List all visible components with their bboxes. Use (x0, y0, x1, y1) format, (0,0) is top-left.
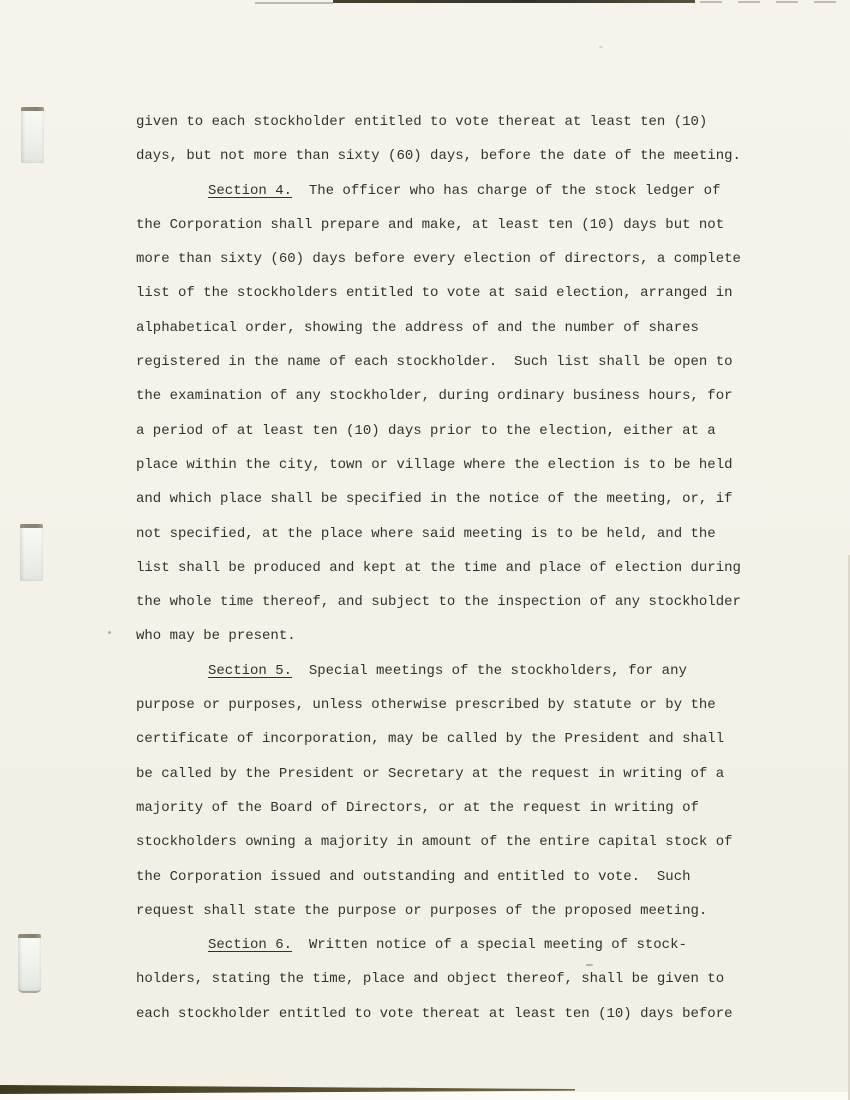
text-segment: purpose or purposes, unless otherwise pr… (136, 697, 716, 713)
text-segment: given to each stockholder entitled to vo… (136, 114, 707, 130)
binder-hole-punch-middle (20, 524, 43, 581)
binder-hole-punch-top (21, 107, 44, 163)
text-line: registered in the name of each stockhold… (136, 345, 756, 379)
text-line: and which place shall be specified in th… (136, 482, 756, 516)
text-segment: Special meetings of the stockholders, fo… (292, 663, 687, 679)
text-line: Section 4. The officer who has charge of… (136, 174, 756, 208)
text-line: the Corporation shall prepare and make, … (136, 208, 756, 242)
text-line: purpose or purposes, unless otherwise pr… (136, 688, 756, 722)
text-line: list of the stockholders entitled to vot… (136, 276, 756, 310)
text-line: Section 6. Written notice of a special m… (136, 928, 756, 962)
text-segment: each stockholder entitled to vote therea… (136, 1006, 733, 1022)
text-line: Section 5. Special meetings of the stock… (136, 654, 756, 688)
text-segment: the Corporation issued and outstanding a… (136, 869, 691, 885)
text-segment: more than sixty (60) days before every e… (136, 251, 741, 267)
section-heading: Section 4. (208, 183, 292, 199)
scan-speckle (586, 964, 593, 966)
text-line: majority of the Board of Directors, or a… (136, 791, 756, 825)
section-heading: Section 5. (208, 663, 292, 679)
text-segment: the Corporation shall prepare and make, … (136, 217, 724, 233)
text-segment: not specified, at the place where said m… (136, 526, 716, 542)
text-line: more than sixty (60) days before every e… (136, 242, 756, 276)
text-segment: the whole time thereof, and subject to t… (136, 594, 741, 610)
text-segment: a period of at least ten (10) days prior… (136, 423, 716, 439)
document-page: given to each stockholder entitled to vo… (0, 0, 850, 1100)
scan-edge-mark-top-right (700, 1, 850, 3)
text-segment: the examination of any stockholder, duri… (136, 388, 733, 404)
text-segment: request shall state the purpose or purpo… (136, 903, 707, 919)
text-segment: list shall be produced and kept at the t… (136, 560, 741, 576)
scan-edge-mark-top (333, 0, 695, 3)
scan-speckle (108, 631, 111, 634)
text-segment: place within the city, town or village w… (136, 457, 733, 473)
text-line: not specified, at the place where said m… (136, 517, 756, 551)
text-segment: list of the stockholders entitled to vot… (136, 285, 733, 301)
text-line: a period of at least ten (10) days prior… (136, 414, 756, 448)
text-segment: certificate of incorporation, may be cal… (136, 731, 724, 747)
binder-hole-punch-bottom (18, 934, 41, 993)
text-segment: and which place shall be specified in th… (136, 491, 733, 507)
text-line: place within the city, town or village w… (136, 448, 756, 482)
text-segment: be called by the President or Secretary … (136, 766, 724, 782)
text-segment: majority of the Board of Directors, or a… (136, 800, 699, 816)
scan-speckle (599, 46, 603, 48)
text-line: the Corporation issued and outstanding a… (136, 860, 756, 894)
text-line: be called by the President or Secretary … (136, 757, 756, 791)
text-line: holders, stating the time, place and obj… (136, 962, 756, 996)
text-line: the whole time thereof, and subject to t… (136, 585, 756, 619)
text-line: certificate of incorporation, may be cal… (136, 722, 756, 756)
text-segment: Written notice of a special meeting of s… (292, 937, 687, 953)
section-heading: Section 6. (208, 937, 292, 953)
text-segment: stockholders owning a majority in amount… (136, 834, 733, 850)
document-text: given to each stockholder entitled to vo… (136, 105, 756, 1031)
text-segment: days, but not more than sixty (60) days,… (136, 148, 741, 164)
scan-edge-mark-top-left (255, 2, 333, 4)
text-segment: registered in the name of each stockhold… (136, 354, 733, 370)
text-line: the examination of any stockholder, duri… (136, 379, 756, 413)
text-segment: The officer who has charge of the stock … (292, 183, 720, 199)
text-line: who may be present. (136, 619, 756, 653)
text-segment: alphabetical order, showing the address … (136, 320, 699, 336)
text-line: list shall be produced and kept at the t… (136, 551, 756, 585)
text-line: each stockholder entitled to vote therea… (136, 997, 756, 1031)
text-line: request shall state the purpose or purpo… (136, 894, 756, 928)
text-segment: who may be present. (136, 628, 296, 644)
text-segment: holders, stating the time, place and obj… (136, 971, 724, 987)
text-line: days, but not more than sixty (60) days,… (136, 139, 756, 173)
text-line: stockholders owning a majority in amount… (136, 825, 756, 859)
text-line: alphabetical order, showing the address … (136, 311, 756, 345)
text-line: given to each stockholder entitled to vo… (136, 105, 756, 139)
